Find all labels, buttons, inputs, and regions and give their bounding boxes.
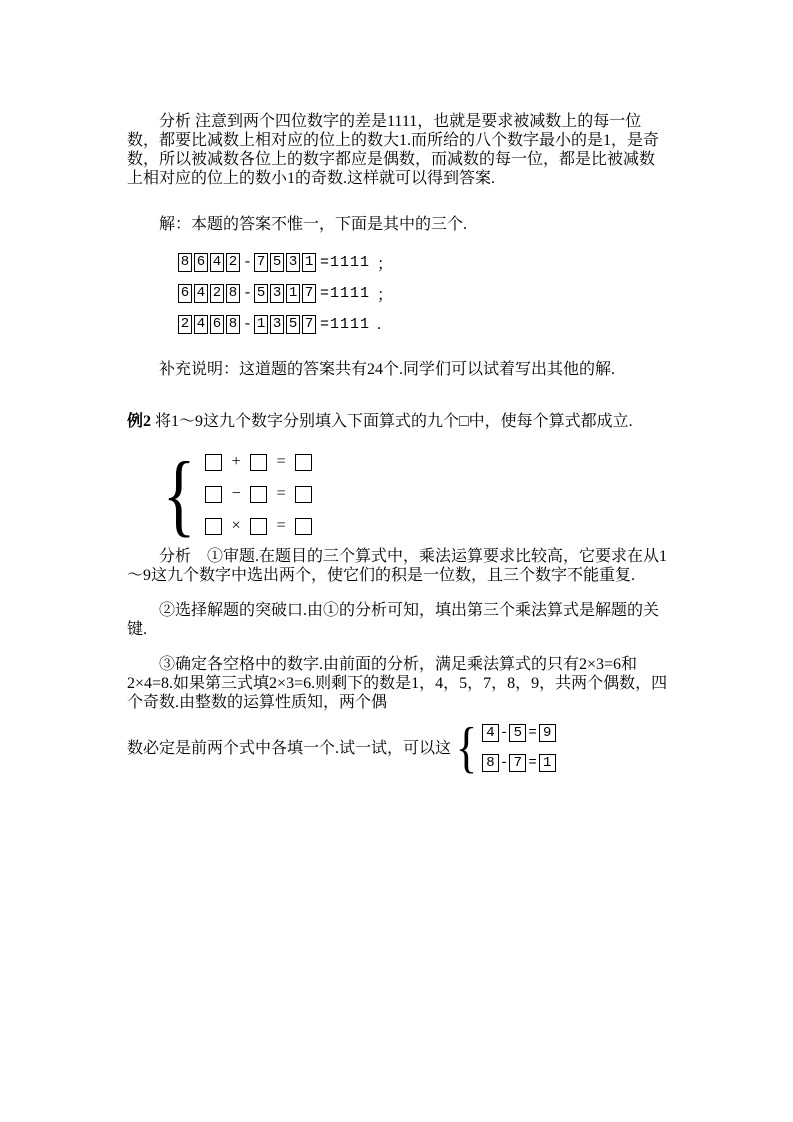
final-line: 数必定是前两个式中各填一个.试一试，可以这 { 4 - 5 = 9 8 - 7 … <box>127 718 668 778</box>
digit-box: 9 <box>539 724 556 742</box>
para-analysis-1: 分析 注意到两个四位数字的差是1111，也就是要求被减数上的每一位数，都要比减数… <box>127 112 668 188</box>
digit-box: 1 <box>539 754 556 772</box>
document-page: 分析 注意到两个四位数字的差是1111，也就是要求被减数上的每一位数，都要比减数… <box>0 0 793 1122</box>
digit-box: 8 <box>226 284 240 303</box>
digit-box: 4 <box>194 315 208 334</box>
equation-result: =1111 <box>320 316 370 333</box>
minus-sign: - <box>500 725 508 741</box>
equals-sign: = <box>274 517 288 535</box>
digit-box: 7 <box>254 253 268 272</box>
digit-box: 1 <box>302 253 316 272</box>
digit-box: 3 <box>286 253 300 272</box>
digit-box: 3 <box>270 315 284 334</box>
empty-box <box>250 518 267 535</box>
empty-box <box>295 486 312 503</box>
para-analysis-step3: ③确定各空格中的数字.由前面的分析，满足乘法算式的只有2×3=6和2×4=8.如… <box>127 655 668 712</box>
empty-box <box>205 518 222 535</box>
digit-box: 6 <box>194 253 208 272</box>
equation-separator: . <box>377 316 381 334</box>
digit-box: 7 <box>302 315 316 334</box>
digit-box: 5 <box>270 253 284 272</box>
digit-box: 3 <box>270 284 284 303</box>
equation-row-1: 8 6 4 2 - 7 5 3 1 =1111 ； <box>178 252 668 273</box>
plus-sign: + <box>229 453 243 471</box>
empty-box <box>295 454 312 471</box>
digit-box: 4 <box>210 253 224 272</box>
final-equation-group: 4 - 5 = 9 8 - 7 = 1 <box>482 722 556 774</box>
digit-box: 1 <box>254 315 268 334</box>
digit-box: 8 <box>178 253 192 272</box>
empty-box <box>205 454 222 471</box>
system-rows: + = − = × = <box>205 452 312 536</box>
final-equation-row-1: 4 - 5 = 9 <box>482 722 556 744</box>
final-text: 数必定是前两个式中各填一个.试一试，可以这 <box>127 739 451 758</box>
digit-box: 7 <box>302 284 316 303</box>
digit-box: 8 <box>482 754 499 772</box>
digit-box: 8 <box>226 315 240 334</box>
empty-box <box>205 486 222 503</box>
final-equation-row-2: 8 - 7 = 1 <box>482 752 556 774</box>
digit-box: 4 <box>482 724 499 742</box>
para-solution-intro: 解：本题的答案不惟一，下面是其中的三个. <box>127 215 668 234</box>
equation-row-2: 6 4 2 8 - 5 3 1 7 =1111 ； <box>178 283 668 304</box>
equation-row-3: 2 4 6 8 - 1 3 5 7 =1111 . <box>178 314 668 335</box>
minus-sign: − <box>229 485 243 503</box>
empty-box <box>295 518 312 535</box>
digit-box: 5 <box>509 724 526 742</box>
equation-separator: ； <box>377 282 393 305</box>
digit-box: 7 <box>509 754 526 772</box>
example2-heading: 例2 将1～9这九个数字分别填入下面算式的九个□中，使每个算式都成立. <box>127 412 668 431</box>
empty-box <box>250 486 267 503</box>
para-note: 补充说明：这道题的答案共有24个.同学们可以试着写出其他的解. <box>127 360 668 379</box>
equation-separator: ； <box>377 251 393 274</box>
empty-box <box>250 454 267 471</box>
content-column: 分析 注意到两个四位数字的差是1111，也就是要求被减数上的每一位数，都要比减数… <box>127 0 668 778</box>
times-sign: × <box>229 517 243 535</box>
minus-sign: - <box>243 285 252 302</box>
equation-result: =1111 <box>320 254 370 271</box>
digit-box: 2 <box>178 315 192 334</box>
minus-sign: - <box>500 755 508 771</box>
equation-result: =1111 <box>320 285 370 302</box>
equation-system: { + = − = × <box>157 446 668 542</box>
digit-box: 2 <box>210 284 224 303</box>
digit-box: 6 <box>210 315 224 334</box>
digit-box: 4 <box>194 284 208 303</box>
left-brace: { <box>163 446 196 542</box>
left-brace: { <box>456 718 478 778</box>
equals-sign: = <box>274 453 288 471</box>
digit-box: 1 <box>286 284 300 303</box>
digit-box: 2 <box>226 253 240 272</box>
digit-box: 5 <box>254 284 268 303</box>
para-analysis-step1: 分析 ①审题.在题目的三个算式中，乘法运算要求比较高，它要求在从1～9这九个数字… <box>127 547 668 585</box>
para-analysis-step2: ②选择解题的突破口.由①的分析可知，填出第三个乘法算式是解题的关键. <box>127 601 668 639</box>
example2-text: 将1～9这九个数字分别填入下面算式的九个□中，使每个算式都成立. <box>151 413 633 430</box>
equals-sign: = <box>274 485 288 503</box>
system-row-multiplication: × = <box>205 516 312 536</box>
minus-sign: - <box>243 254 252 271</box>
digit-box: 5 <box>286 315 300 334</box>
system-row-subtraction: − = <box>205 484 312 504</box>
example2-label: 例2 <box>127 413 151 430</box>
equals-sign: = <box>528 755 536 771</box>
system-row-addition: + = <box>205 452 312 472</box>
minus-sign: - <box>243 316 252 333</box>
solution-equations: 8 6 4 2 - 7 5 3 1 =1111 ； 6 4 2 8 - 5 3 … <box>178 252 668 335</box>
digit-box: 6 <box>178 284 192 303</box>
equals-sign: = <box>528 725 536 741</box>
